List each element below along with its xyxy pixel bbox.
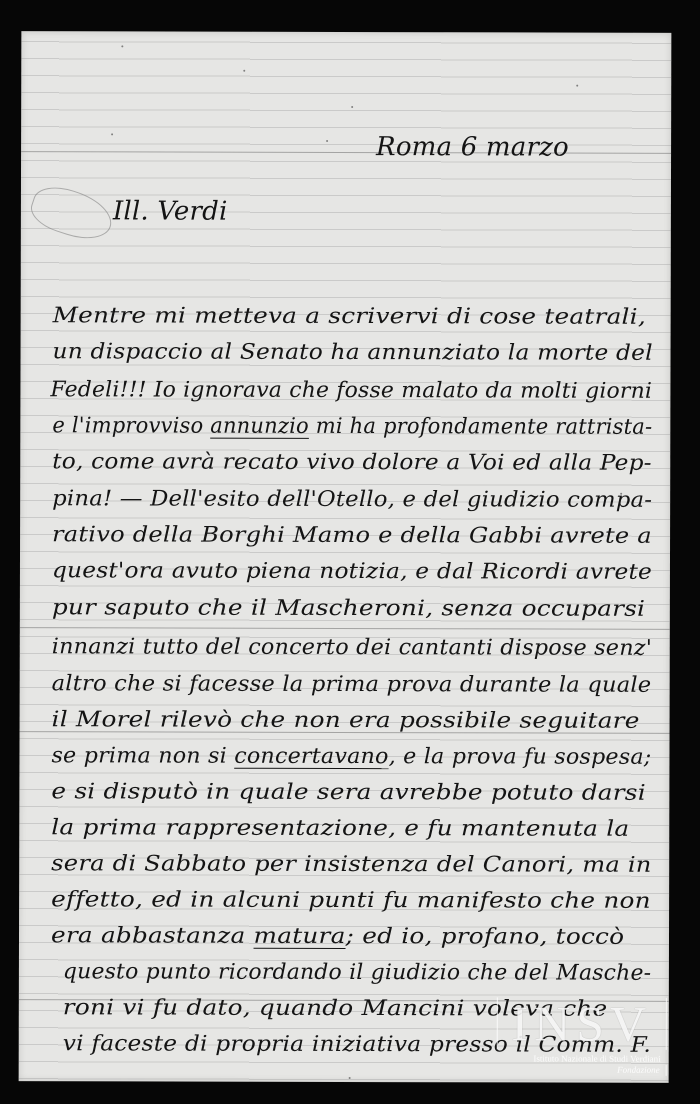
letter-line: era abbastanza matura; ed io, profano, t… [51, 923, 624, 950]
letter-line: Fedeli!!! Io ignorava che fosse malato d… [50, 377, 652, 404]
letter-line: altro che si facesse la prima prova dura… [52, 671, 652, 698]
letter-line: quest'ora avuto piena notizia, e dal Ric… [52, 558, 652, 585]
letter-line: to, come avrà recato vivo dolore a Voi e… [52, 449, 652, 476]
letter-line: Mentre mi metteva a scrivervi di cose te… [53, 303, 646, 330]
scan-background: Roma 6 marzo Ill. Verdi Mentre mi mettev… [0, 0, 700, 1104]
letter-line: e l'improvviso annunzio mi ha profondame… [52, 413, 652, 440]
letter-date: Roma 6 marzo [376, 132, 569, 163]
paper-speck [243, 70, 245, 72]
paper-speck [111, 133, 113, 135]
paper-speck [326, 140, 328, 142]
paper-speck [349, 1077, 351, 1079]
letter-line: il Morel rilevò che non era possibile se… [52, 707, 640, 734]
letter-line: un dispaccio al Senato ha annunziato la … [53, 339, 653, 366]
archive-watermark: INSV Istituto Nazionale di Studi Verdian… [497, 997, 667, 1077]
ruled-line [21, 151, 671, 154]
underlined-word: concertavano [234, 744, 388, 769]
paper-speck [351, 106, 353, 108]
letter-page: Roma 6 marzo Ill. Verdi Mentre mi mettev… [19, 31, 672, 1083]
watermark-subtitle: Fondazione [497, 1064, 667, 1075]
ink-stain [26, 180, 118, 247]
letter-line: innanzi tutto del concerto dei cantanti … [52, 634, 652, 661]
underlined-word: matura [254, 924, 346, 949]
letter-salutation: Ill. Verdi [113, 196, 228, 226]
insv-logo: INSV [497, 997, 667, 1049]
letter-line: e si disputò in quale sera avrebbe potut… [51, 779, 646, 806]
paper-speck [576, 85, 578, 87]
watermark-institution: Istituto Nazionale di Studi Verdiani [497, 1053, 667, 1064]
letter-line: effetto, ed in alcuni punti fu manifesto… [51, 887, 651, 914]
letter-line: pur saputo che il Mascheroni, senza occu… [52, 595, 645, 622]
underlined-word: annunzio [210, 414, 309, 439]
letter-line: pina! — Dell'esito dell'Otello, e del gi… [52, 486, 652, 513]
letter-line: rativo della Borghi Mamo e della Gabbi a… [52, 522, 652, 549]
letter-line: sera di Sabbato per insistenza del Canor… [51, 851, 651, 878]
letter-line: questo punto ricordando il giudizio che … [63, 959, 651, 986]
letter-line: la prima rappresentazione, e fu mantenut… [51, 815, 629, 842]
ruled-line [20, 627, 670, 630]
letter-line: se prima non si concertavano, e la prova… [51, 743, 651, 770]
paper-speck [121, 45, 123, 47]
